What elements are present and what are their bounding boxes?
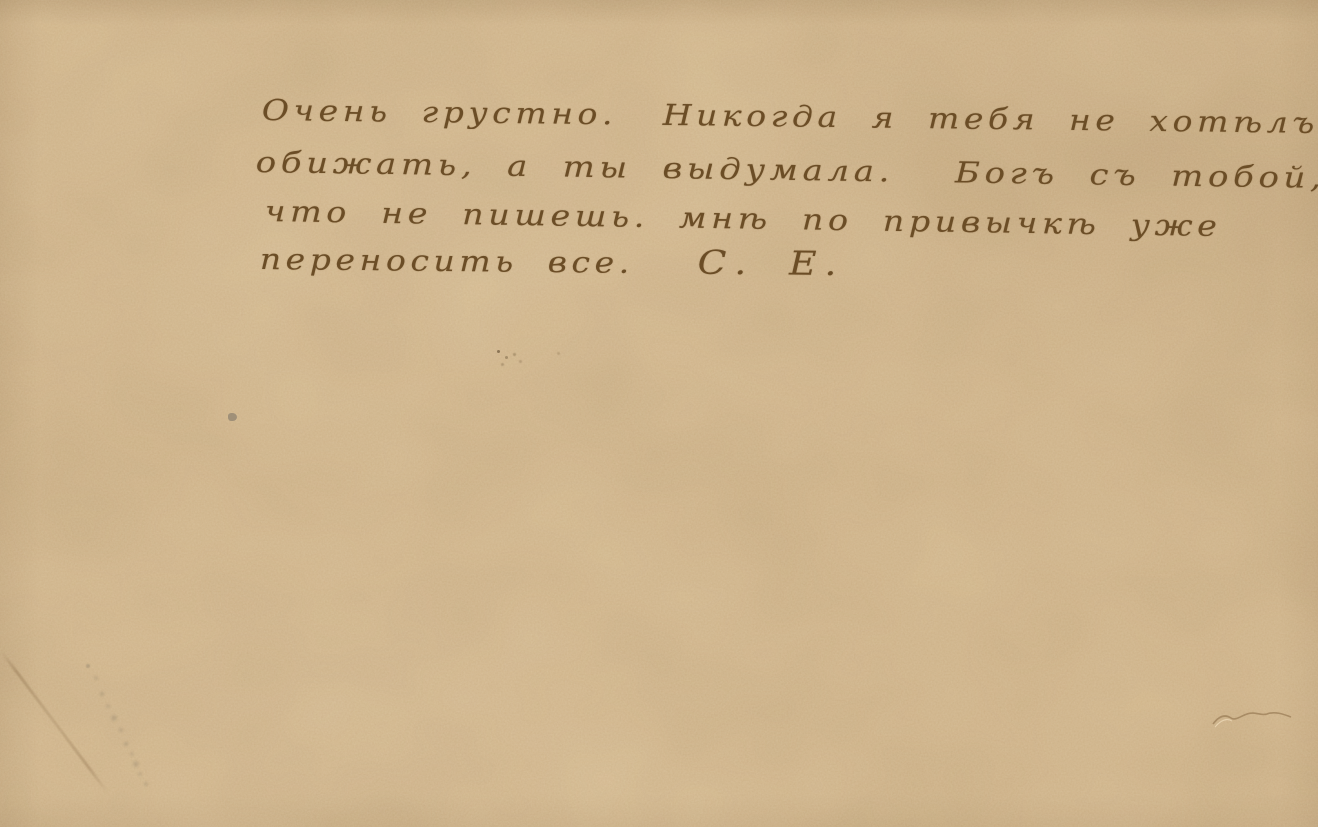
note-text: переносить все. [260,245,634,278]
note-text: Очень грустно. [262,96,618,129]
scanned-note-page: Очень грустно.Никогда я тебя не хотѣлъ о… [0,0,1318,827]
note-text: мнѣ по привычкѣ уже [679,204,1222,242]
note-text: Богъ съ тобой, [955,158,1318,192]
note-line: что не пишешь.мнѣ по привычкѣ уже [265,197,1222,241]
note-line: переносить все.С. Е. [260,241,845,280]
note-text: Никогда я тебя не хотѣлъ [663,101,1318,138]
note-text: что не пишешь. [265,197,650,232]
note-text: обижать, а ты выдумала. [256,148,895,186]
note-line: Очень грустно.Никогда я тебя не хотѣлъ [262,96,1318,138]
handwritten-note: Очень грустно.Никогда я тебя не хотѣлъ о… [0,0,1318,827]
note-line: обижать, а ты выдумала.Богъ съ тобой, [256,148,1318,193]
signature: С. Е. [697,246,844,281]
